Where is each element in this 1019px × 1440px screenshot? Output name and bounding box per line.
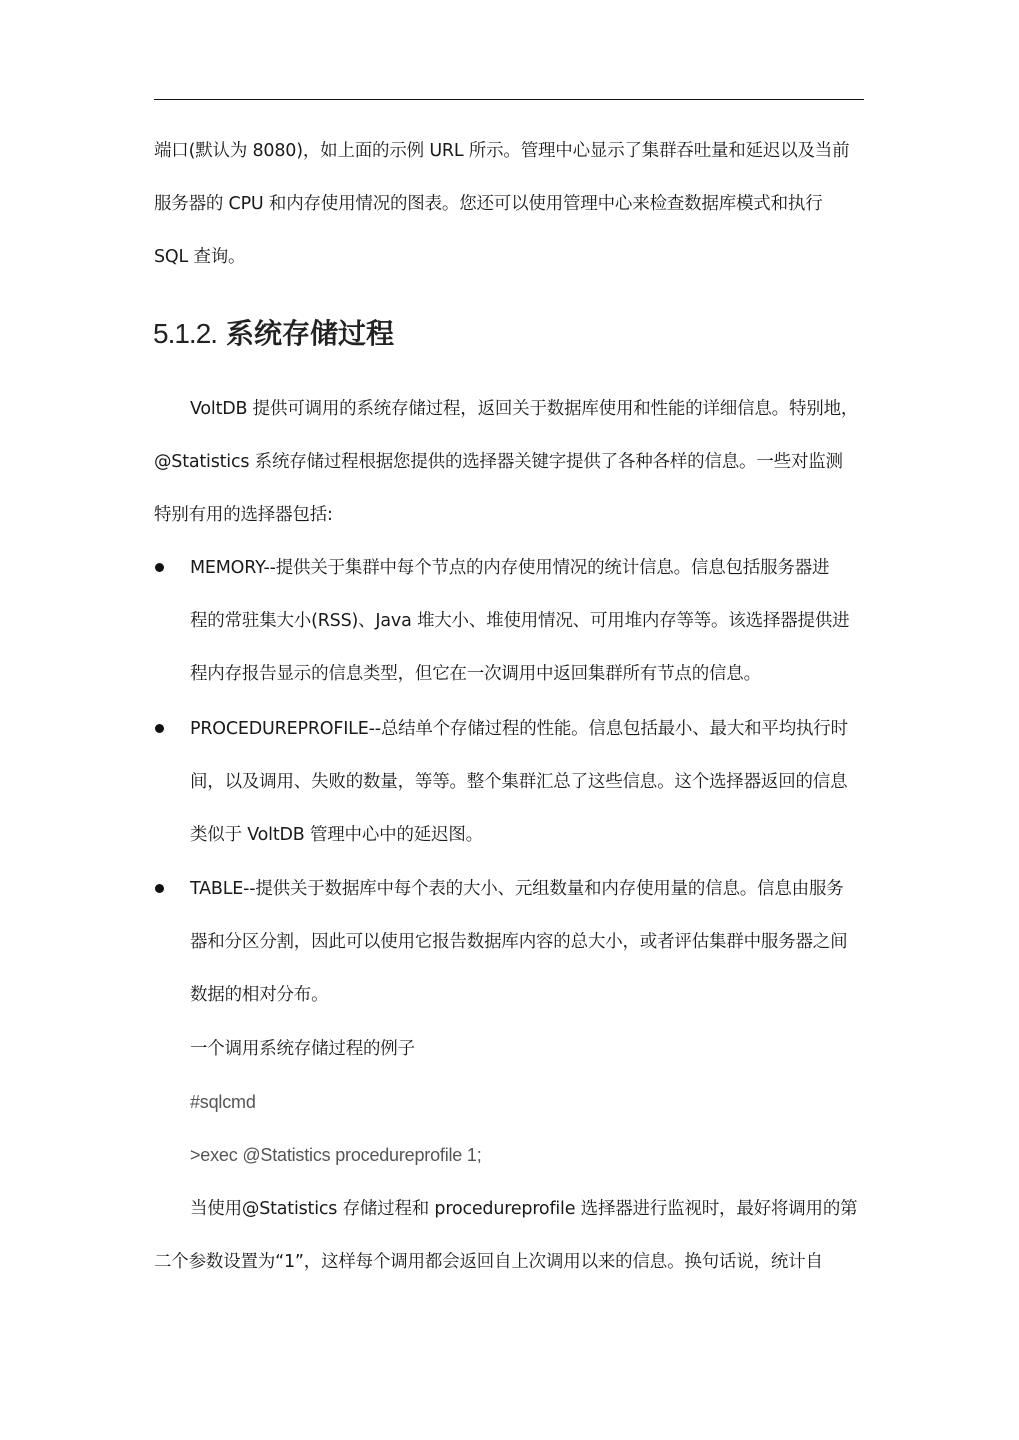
text-line: MEMORY--提供关于集群中每个节点的内存使用情况的统计信息。信息包括服务器进	[190, 556, 866, 580]
text-line: 当使用@Statistics 存储过程和 procedureprofile 选择…	[190, 1197, 866, 1221]
section-title: 系统存储过程	[226, 317, 394, 350]
example-caption: 一个调用系统存储过程的例子	[190, 1037, 866, 1061]
text-line: TABLE--提供关于数据库中每个表的大小、元组数量和内存使用量的信息。信息由服…	[190, 877, 866, 901]
text-line: PROCEDUREPROFILE--总结单个存储过程的性能。信息包括最小、最大和…	[190, 717, 866, 741]
text-line: 器和分区分割，因此可以使用它报告数据库内容的总大小，或者评估集群中服务器之间	[190, 930, 866, 954]
text-line: SQL 查询。	[154, 245, 866, 269]
header-rule	[154, 99, 864, 100]
code-line: #sqlcmd	[190, 1090, 866, 1114]
text-line: 端口(默认为 8080)，如上面的示例 URL 所示。管理中心显示了集群吞吐量和…	[154, 139, 866, 163]
text-line: 服务器的 CPU 和内存使用情况的图表。您还可以使用管理中心来检查数据库模式和执…	[154, 192, 866, 216]
text-line: 类似于 VoltDB 管理中心中的延迟图。	[190, 823, 866, 847]
text-line: 程内存报告显示的信息类型，但它在一次调用中返回集群所有节点的信息。	[190, 662, 866, 686]
bullet-icon	[155, 563, 164, 572]
text-line: 二个参数设置为“1”，这样每个调用都会返回自上次调用以来的信息。换句话说，统计自	[154, 1250, 866, 1274]
code-line: >exec @Statistics procedureprofile 1;	[190, 1143, 866, 1167]
text-line: VoltDB 提供可调用的系统存储过程，返回关于数据库使用和性能的详细信息。特别…	[190, 397, 866, 421]
bullet-icon	[155, 884, 164, 893]
section-heading: 5.1.2. 系统存储过程	[153, 316, 394, 352]
text-line: 特别有用的选择器包括:	[154, 503, 866, 527]
bullet-icon	[155, 724, 164, 733]
text-line: 程的常驻集大小(RSS)、Java 堆大小、堆使用情况、可用堆内存等等。该选择器…	[190, 609, 866, 633]
section-number: 5.1.2.	[153, 318, 217, 349]
text-line: @Statistics 系统存储过程根据您提供的选择器关键字提供了各种各样的信息…	[154, 450, 866, 474]
text-line: 数据的相对分布。	[190, 983, 866, 1007]
text-line: 间，以及调用、失败的数量，等等。整个集群汇总了这些信息。这个选择器返回的信息	[190, 770, 866, 794]
